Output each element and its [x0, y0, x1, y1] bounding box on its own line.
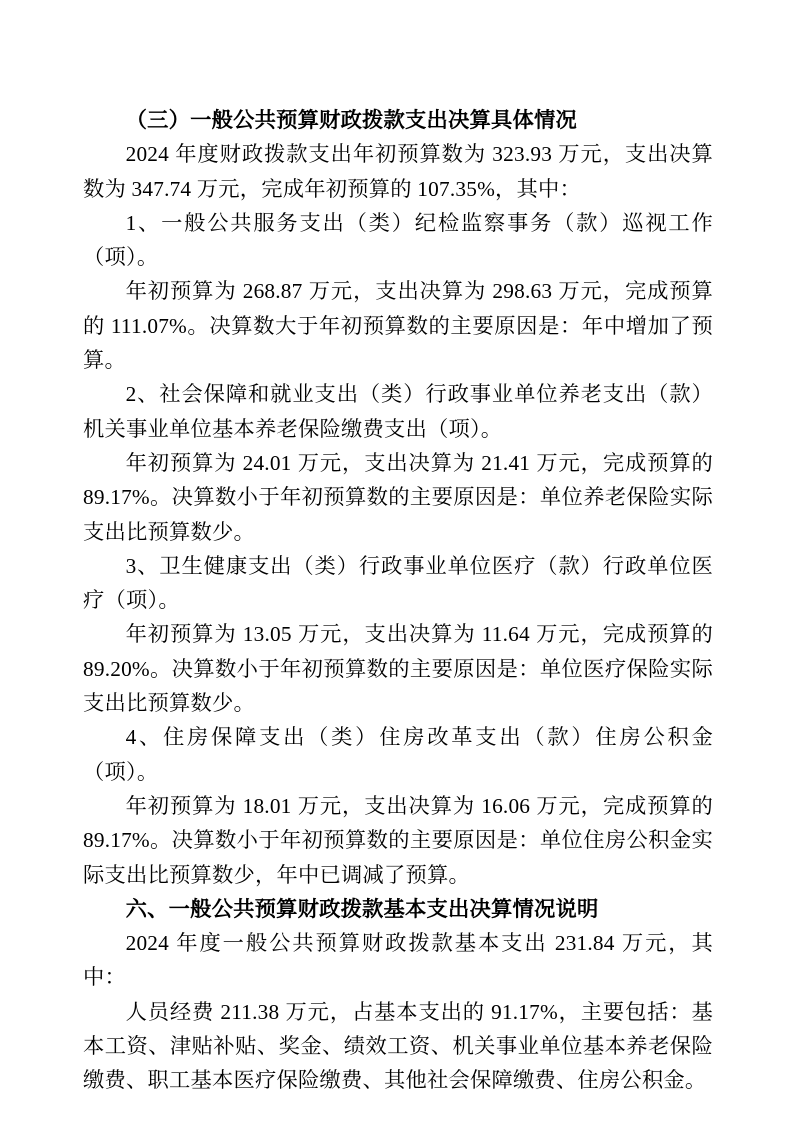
paragraph-basic-expenditure-summary: 2024 年度一般公共预算财政拨款基本支出 231.84 万元，其中： — [83, 926, 713, 995]
paragraph-item-2-title: 2、社会保障和就业支出（类）行政事业单位养老支出（款）机关事业单位基本养老保险缴… — [83, 377, 713, 446]
paragraph-personnel-expenses: 人员经费 211.38 万元，占基本支出的 91.17%，主要包括：基本工资、津… — [83, 995, 713, 1098]
paragraph-item-3-detail: 年初预算为 13.05 万元，支出决算为 11.64 万元，完成预算的 89.2… — [83, 617, 713, 720]
paragraph-item-2-detail: 年初预算为 24.01 万元，支出决算为 21.41 万元，完成预算的 89.1… — [83, 446, 713, 549]
document-page: （三）一般公共预算财政拨款支出决算具体情况 2024 年度财政拨款支出年初预算数… — [0, 0, 793, 1122]
paragraph-item-3-title: 3、卫生健康支出（类）行政事业单位医疗（款）行政单位医疗（项）。 — [83, 549, 713, 618]
paragraph-expenditure-summary: 2024 年度财政拨款支出年初预算数为 323.93 万元，支出决算数为 347… — [83, 137, 713, 206]
paragraph-item-4-detail: 年初预算为 18.01 万元，支出决算为 16.06 万元，完成预算的 89.1… — [83, 789, 713, 892]
section-heading-basic-expenditure: 六、一般公共预算财政拨款基本支出决算情况说明 — [83, 892, 713, 926]
paragraph-item-1-detail: 年初预算为 268.87 万元，支出决算为 298.63 万元，完成预算的 11… — [83, 274, 713, 377]
section-heading-fiscal-expenditure-details: （三）一般公共预算财政拨款支出决算具体情况 — [83, 103, 713, 137]
paragraph-item-1-title: 1、一般公共服务支出（类）纪检监察事务（款）巡视工作（项）。 — [83, 206, 713, 275]
paragraph-item-4-title: 4、住房保障支出（类）住房改革支出（款）住房公积金（项）。 — [83, 720, 713, 789]
